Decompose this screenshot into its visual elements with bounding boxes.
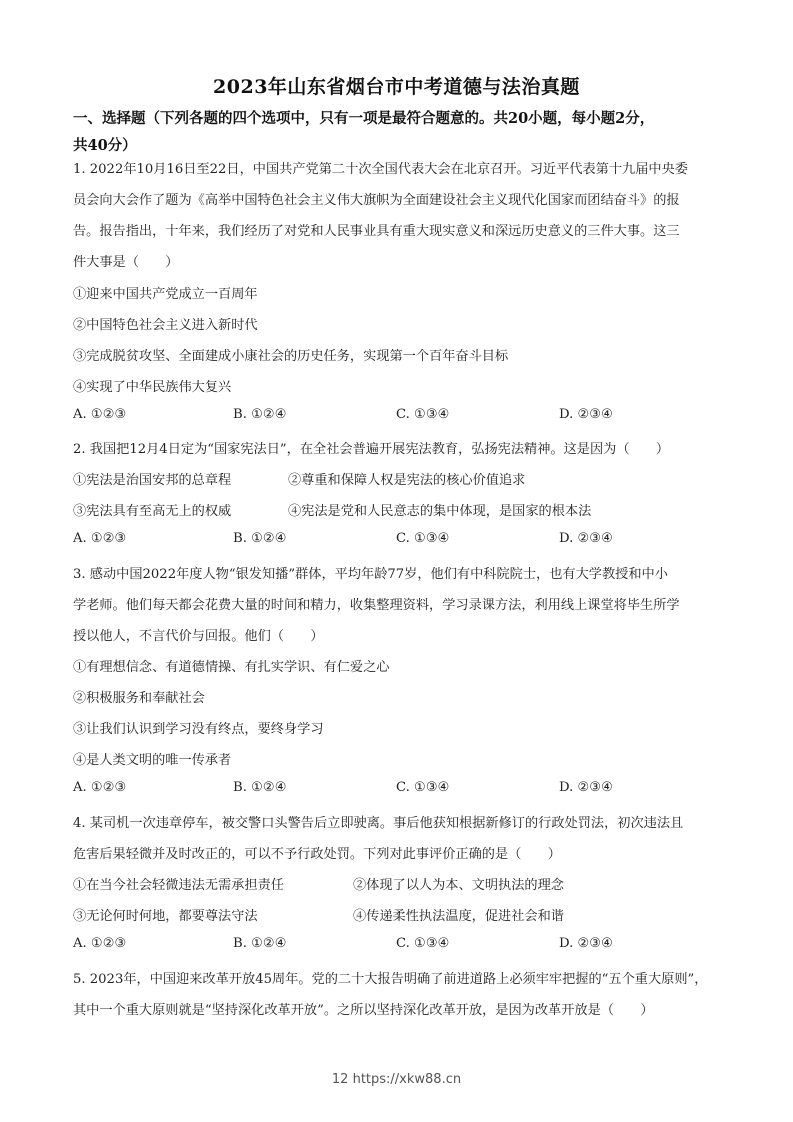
choice-a: A. ①②③ bbox=[73, 936, 126, 951]
choice-d: D. ②③④ bbox=[559, 780, 613, 795]
statement: ①有理想信念、有道德情操、有扎实学识、有仁爱之心 bbox=[73, 656, 390, 675]
statement: ②中国特色社会主义进入新时代 bbox=[73, 314, 258, 333]
question-stem-line: 危害后果轻微并及时改正的，可以不予行政处罚。下列对此事评价正确的是（ ） bbox=[73, 843, 561, 862]
choice-c: C. ①③④ bbox=[396, 407, 449, 422]
statement: ①宪法是治国安邦的总章程 bbox=[73, 469, 231, 488]
statement: ③无论何时何地，都要尊法守法 bbox=[73, 905, 258, 924]
statement: ②体现了以人为本、文明执法的理念 bbox=[353, 874, 564, 893]
statement: ①迎来中国共产党成立一百周年 bbox=[73, 283, 258, 302]
statement: ③让我们认识到学习没有终点，要终身学习 bbox=[73, 718, 324, 737]
choice-b: B. ①②④ bbox=[233, 531, 287, 546]
statement: ②尊重和保障人权是宪法的核心价值追求 bbox=[288, 469, 525, 488]
page-title: 2023年山东省烟台市中考道德与法治真题 bbox=[0, 72, 793, 99]
section-heading-line-2: 共40分） bbox=[73, 132, 723, 159]
choice-d: D. ②③④ bbox=[559, 936, 613, 951]
section-heading-line-1: 一、选择题（下列各题的四个选项中，只有一项是最符合题意的。共20小题，每小题2分… bbox=[73, 105, 723, 132]
question-stem-line: 4. 某司机一次违章停车，被交警口头警告后立即驶离。事后他获知根据新修订的行政处… bbox=[73, 812, 683, 831]
question-stem-line: 授以他人，不言代价与回报。他们（ ） bbox=[73, 625, 324, 644]
statement: ④是人类文明的唯一传承者 bbox=[73, 749, 231, 768]
statement: ④传递柔性执法温度，促进社会和谐 bbox=[353, 905, 564, 924]
question-stem-line: 5. 2023年，中国迎来改革开放45周年。党的二十大报告明确了前进道路上必须牢… bbox=[73, 968, 707, 987]
statement: ②积极服务和奉献社会 bbox=[73, 687, 205, 706]
choice-d: D. ②③④ bbox=[559, 407, 613, 422]
choice-a: A. ①②③ bbox=[73, 531, 126, 546]
statement: ④宪法是党和人民意志的集中体现，是国家的根本法 bbox=[288, 500, 591, 519]
question-stem-line: 告。报告指出，十年来，我们经历了对党和人民事业具有重大现实意义和深远历史意义的三… bbox=[73, 220, 680, 239]
section-heading: 一、选择题（下列各题的四个选项中，只有一项是最符合题意的。共20小题，每小题2分… bbox=[73, 105, 723, 159]
exam-page: 2023年山东省烟台市中考道德与法治真题 一、选择题（下列各题的四个选项中，只有… bbox=[0, 0, 793, 1122]
question-stem-line: 2. 我国把12月4日定为“国家宪法日”，在全社会普遍开展宪法教育，弘扬宪法精神… bbox=[73, 438, 669, 457]
choice-b: B. ①②④ bbox=[233, 936, 287, 951]
question-stem-line: 学老师。他们每天都会花费大量的时间和精力，收集整理资料，学习录课方法，利用线上课… bbox=[73, 594, 680, 613]
choice-a: A. ①②③ bbox=[73, 780, 126, 795]
choice-c: C. ①③④ bbox=[396, 531, 449, 546]
statement: ③完成脱贫攻坚、全面建成小康社会的历史任务，实现第一个百年奋斗目标 bbox=[73, 345, 508, 364]
question-stem-line: 员会向大会作了题为《高举中国特色社会主义伟大旗帜为全面建设社会主义现代化国家而团… bbox=[73, 189, 680, 208]
question-stem-line: 1. 2022年10月16日至22日，中国共产党第二十次全国代表大会在北京召开。… bbox=[73, 158, 688, 177]
question-stem-line: 3. 感动中国2022年度人物“银发知播”群体，平均年龄77岁，他们有中科院院士… bbox=[73, 563, 668, 582]
question-stem-line: 件大事是（ ） bbox=[73, 251, 179, 270]
choice-c: C. ①③④ bbox=[396, 936, 449, 951]
question-stem-line: 其中一个重大原则就是“坚持深化改革开放”。之所以坚持深化改革开放，是因为改革开放… bbox=[73, 999, 654, 1018]
statement: ④实现了中华民族伟大复兴 bbox=[73, 376, 231, 395]
page-footer: 12 https://xkw88.cn bbox=[0, 1072, 793, 1087]
choice-d: D. ②③④ bbox=[559, 531, 613, 546]
choice-a: A. ①②③ bbox=[73, 407, 126, 422]
choice-b: B. ①②④ bbox=[233, 780, 287, 795]
choice-c: C. ①③④ bbox=[396, 780, 449, 795]
statement: ③宪法具有至高无上的权威 bbox=[73, 500, 231, 519]
choice-b: B. ①②④ bbox=[233, 407, 287, 422]
statement: ①在当今社会轻微违法无需承担责任 bbox=[73, 874, 284, 893]
